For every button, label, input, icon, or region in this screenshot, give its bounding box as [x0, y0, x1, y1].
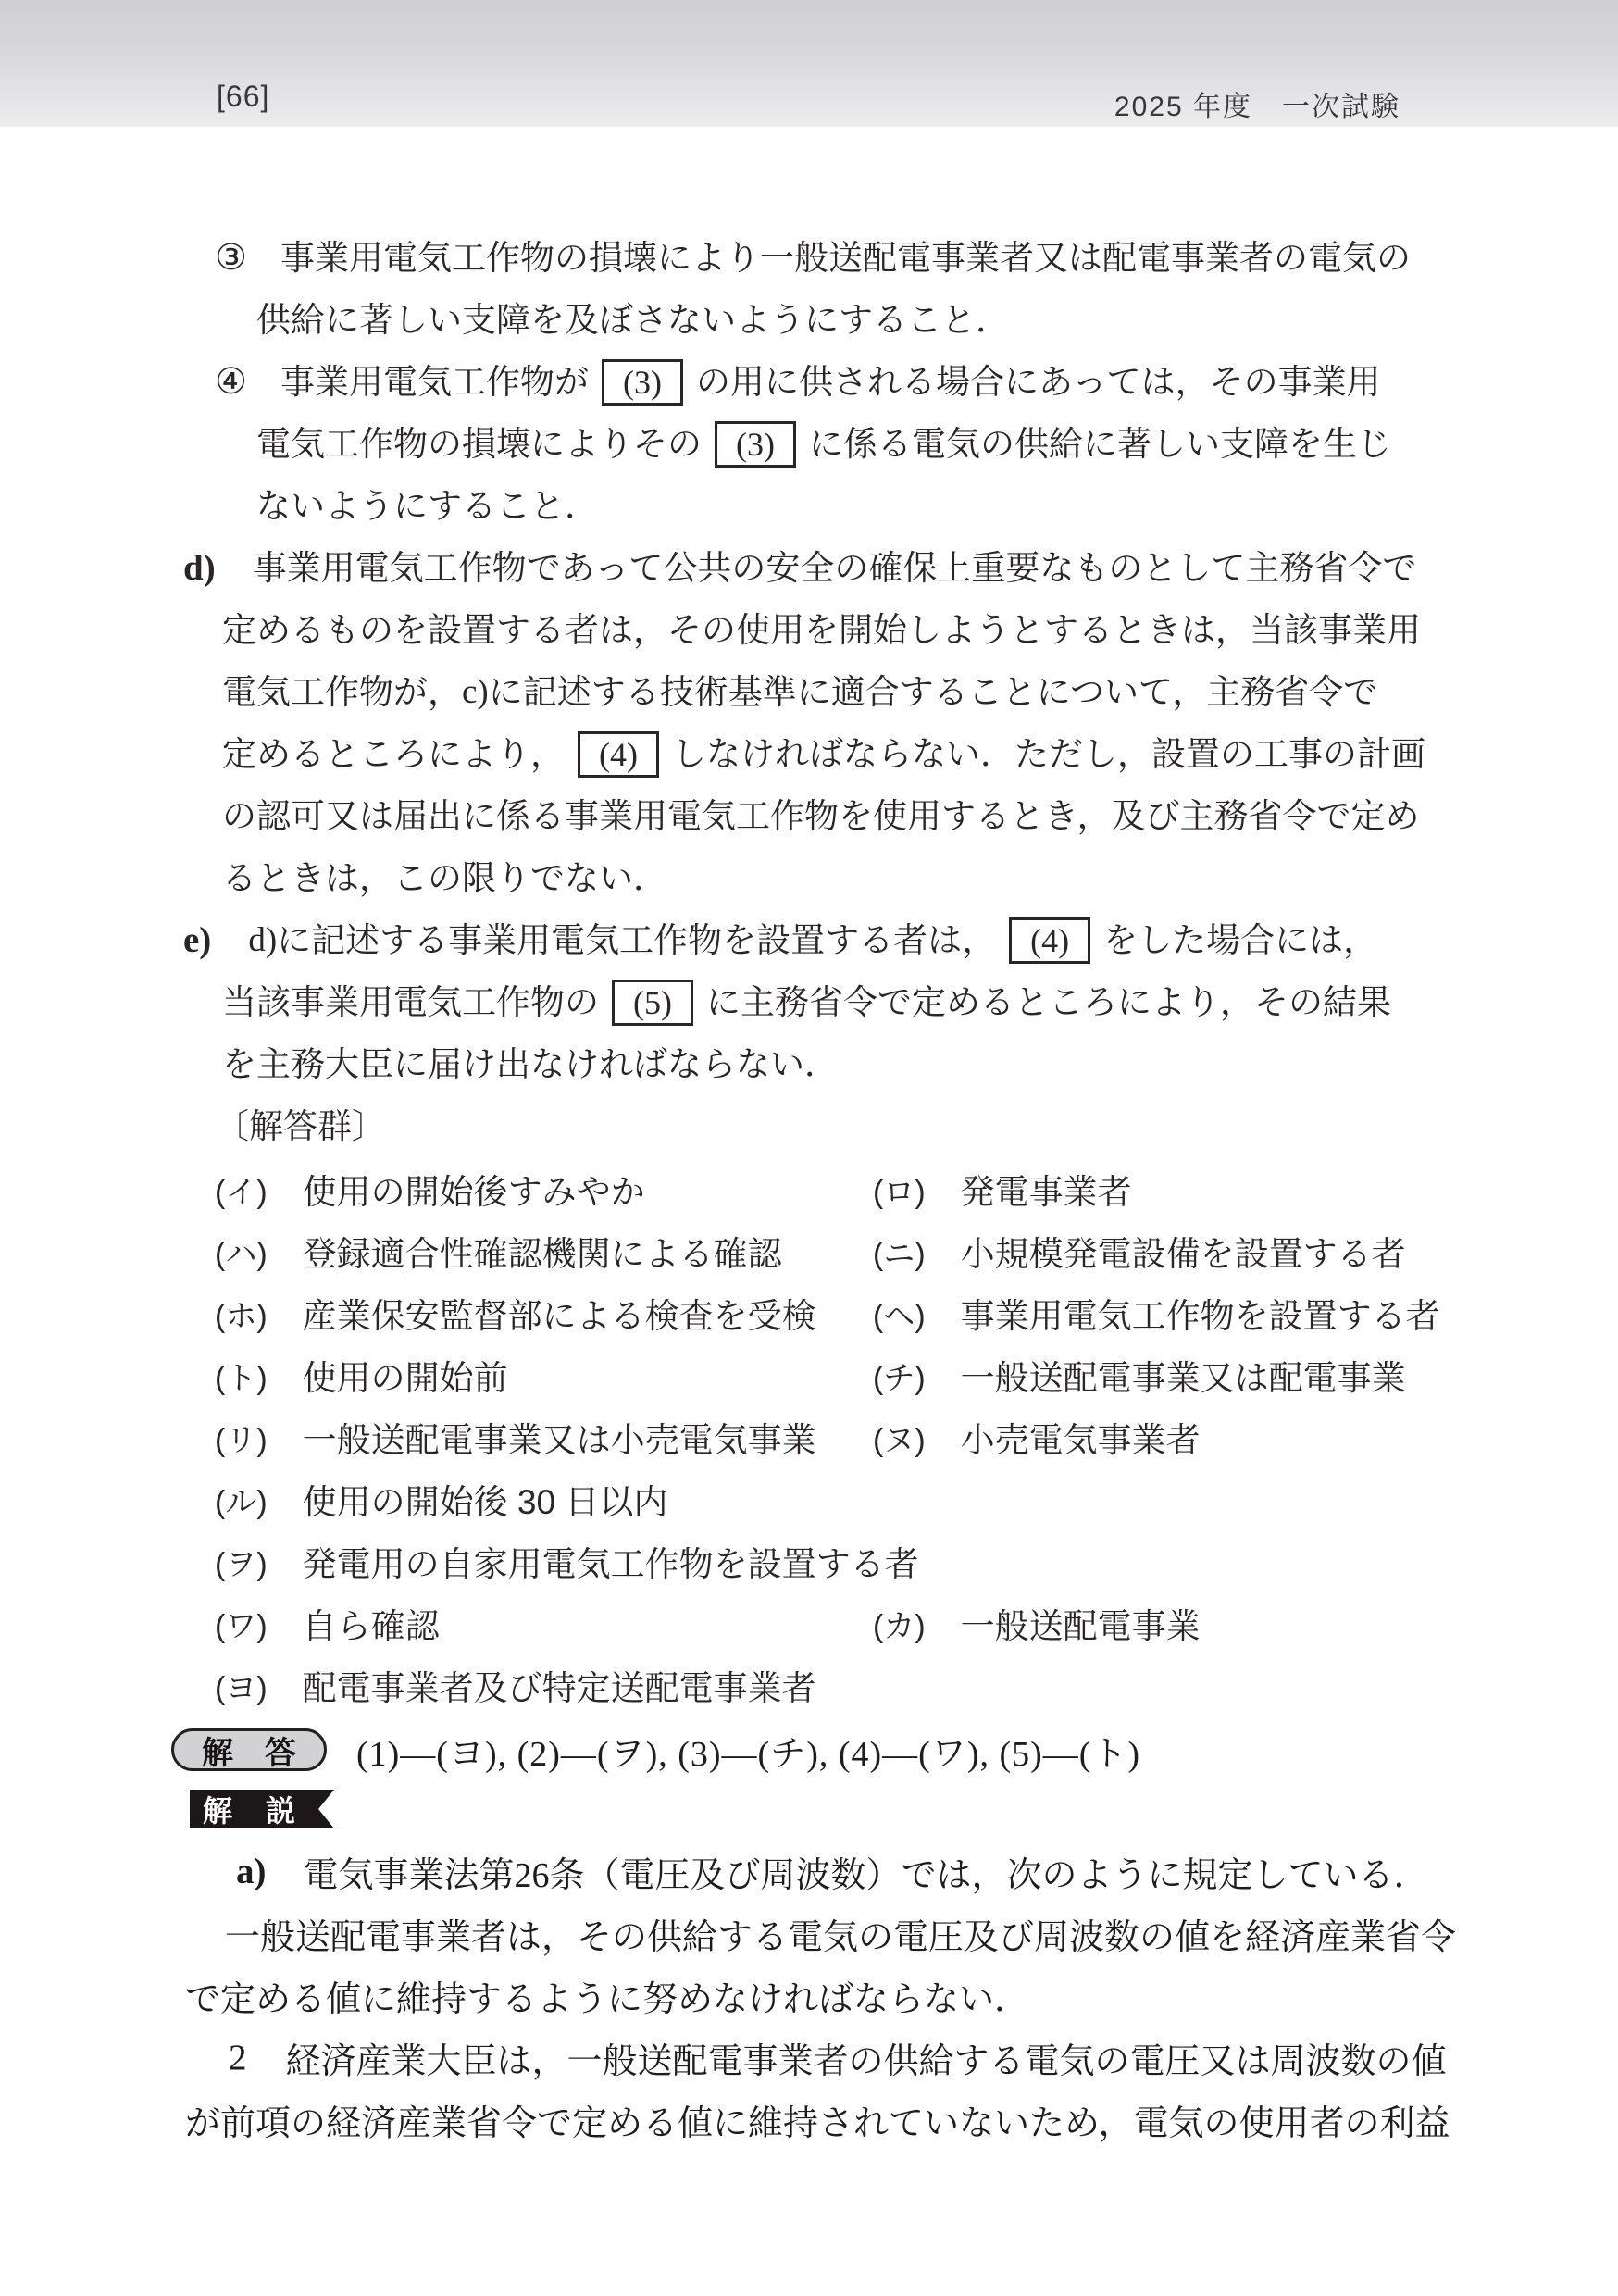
- d-line2: 定めるものを設置する者は，その使用を開始しようとするときは，当該事業用: [222, 607, 1421, 654]
- item3-line1: ③ 事業用電気工作物の損壊により一般送配電事業者又は配電事業者の電気の: [215, 235, 1411, 281]
- e-line2: 当該事業用電気工作物の (5) に主務省令で定めるところにより，その結果: [222, 980, 1391, 1026]
- d-label: d): [183, 545, 216, 592]
- d-text3-post: に記述する技術基準に適合することについて，主務省令で: [489, 669, 1378, 716]
- item4-marker: ④: [215, 359, 247, 406]
- answer-badge: 解 答: [171, 1728, 327, 1771]
- option-text: 登録適合性確認機関による確認: [303, 1226, 782, 1276]
- option-text: 使用の開始後 30 日以内: [303, 1474, 668, 1524]
- option-marker-i: (イ): [215, 1167, 268, 1212]
- page-number: [66]: [217, 80, 269, 114]
- e-text1-post: をした場合には，: [1103, 917, 1377, 964]
- explanation-badge: 解 説: [190, 1790, 334, 1828]
- e-label: e): [183, 917, 211, 964]
- e-text3: を主務大臣に届け出なければならない．: [222, 1042, 839, 1088]
- e-text2-pre: 当該事業用電気工作物の: [222, 980, 599, 1026]
- item3-marker: ③: [215, 235, 247, 281]
- d-line6: るときは，この限りでない．: [222, 855, 667, 902]
- page-header-band: [66] 2025 年度 一次試験: [0, 0, 1618, 127]
- a-label: a): [236, 1851, 267, 1892]
- blank-box-3: (3): [602, 359, 683, 406]
- option-marker-ro: (ロ): [873, 1167, 926, 1212]
- option-text: 自ら確認: [303, 1598, 440, 1648]
- answer-row: 解 答 (1)—(ヨ), (2)—(ヲ), (3)—(チ), (4)—(ワ), …: [171, 1726, 1140, 1774]
- explanation-p1-text1: 一般送配電事業者は，その供給する電気の電圧及び周波数の値を経済産業省令: [225, 1908, 1456, 1959]
- option-row: (ヲ)発電用の自家用電気工作物を設置する者: [215, 1538, 1455, 1584]
- option-marker-ho: (ホ): [215, 1291, 268, 1336]
- explanation-a-line: a) 電気事業法第26条（電圧及び周波数）では，次のように規定している．: [236, 1848, 1429, 1894]
- item3-text2: 供給に著しい支障を及ぼさないようにすること．: [256, 297, 1010, 343]
- d-line1: d) 事業用電気工作物であって公共の安全の確保上重要なものとして主務省令で: [183, 545, 1416, 592]
- explanation-p2-text1: 経済産業大臣は，一般送配電事業者の供給する電気の電圧又は周波数の値: [286, 2032, 1447, 2083]
- item3-line2: 供給に著しい支障を及ぼさないようにすること．: [256, 297, 1010, 343]
- option-row: (ハ)登録適合性確認機関による確認 (ニ)小規模発電設備を設置する者: [215, 1228, 1455, 1274]
- d-text6: るときは，この限りでない．: [222, 855, 667, 902]
- option-text: 一般送配電事業又は小売電気事業: [303, 1412, 816, 1462]
- option-marker-ru: (ル): [215, 1477, 268, 1522]
- d-text4-post: しなければならない．ただし，設置の工事の計画: [672, 731, 1425, 778]
- option-marker-wa: (ワ): [215, 1601, 268, 1646]
- explanation-p1-line1: 一般送配電事業者は，その供給する電気の電圧及び周波数の値を経済産業省令: [225, 1910, 1456, 1956]
- option-marker-nu: (ヌ): [873, 1415, 926, 1460]
- item4-line3: ないようにすること．: [256, 483, 599, 530]
- option-text: 小規模発電設備を設置する者: [961, 1226, 1406, 1276]
- option-row: (ワ)自ら確認 (カ)一般送配電事業: [215, 1600, 1455, 1646]
- option-text: 小売電気事業者: [961, 1412, 1201, 1462]
- d-text5: の認可又は届出に係る事業用電気工作物を使用するとき，及び主務省令で定め: [222, 793, 1420, 840]
- option-marker-ha: (ハ): [215, 1229, 268, 1274]
- option-text: 発電用の自家用電気工作物を設置する者: [303, 1536, 919, 1586]
- answer-values: (1)—(ヨ), (2)—(ヲ), (3)—(チ), (4)—(ワ), (5)—…: [356, 1725, 1140, 1776]
- blank-box-5: (5): [612, 980, 693, 1026]
- option-text: 産業保安監督部による検査を受検: [303, 1288, 816, 1338]
- option-row: (リ)一般送配電事業又は小売電気事業 (ヌ)小売電気事業者: [215, 1414, 1455, 1460]
- option-marker-yo: (ヨ): [215, 1663, 268, 1708]
- item4-text2-post: に係る電気の供給に著しい支障を生じ: [809, 421, 1391, 468]
- blank-box-4: (4): [578, 731, 659, 778]
- option-marker-ri: (リ): [215, 1415, 268, 1460]
- option-marker-he: (ヘ): [873, 1291, 926, 1336]
- explanation-p2-line1: 2 経済産業大臣は，一般送配電事業者の供給する電気の電圧又は周波数の値: [229, 2034, 1447, 2080]
- option-text: 一般送配電事業又は配電事業: [961, 1350, 1406, 1400]
- option-text: 一般送配電事業: [961, 1598, 1201, 1648]
- item4-line1: ④ 事業用電気工作物が (3) の用に供される場合にあっては，その事業用: [215, 359, 1381, 406]
- explanation-p1-line2: で定める値に維持するように努めなければならない．: [185, 1972, 1029, 2018]
- option-marker-ni: (ニ): [873, 1229, 926, 1274]
- option-text: 使用の開始前: [303, 1350, 508, 1400]
- explanation-p2-line2: が前項の経済産業省令で定める値に維持されていないため，電気の使用者の利益: [185, 2096, 1450, 2142]
- option-row: (ホ)産業保安監督部による検査を受検 (ヘ)事業用電気工作物を設置する者: [215, 1290, 1455, 1336]
- option-marker-ka: (カ): [873, 1601, 926, 1646]
- d-text4-pre: 定めるところにより，: [222, 731, 565, 778]
- explanation-a-text: 電気事業法第26条（電圧及び周波数）では，次のように規定している．: [304, 1846, 1429, 1897]
- item4-line2: 電気工作物の損壊によりその (3) に係る電気の供給に著しい支障を生じ: [256, 421, 1391, 468]
- explanation-badge-text: 解 説: [203, 1788, 297, 1830]
- d-line4: 定めるところにより， (4) しなければならない．ただし，設置の工事の計画: [222, 731, 1425, 778]
- option-text: 事業用電気工作物を設置する者: [961, 1288, 1440, 1338]
- item4-text1-post: の用に供される場合にあっては，その事業用: [696, 359, 1381, 406]
- blank-box-4b: (4): [1009, 917, 1090, 964]
- d-text3-pre: 電気工作物が，: [222, 669, 462, 716]
- option-marker-wo: (ヲ): [215, 1539, 268, 1584]
- e-text1-pre: に記述する事業用電気工作物を設置する者は，: [277, 917, 996, 964]
- option-text: 発電事業者: [961, 1164, 1132, 1214]
- item4-text2-pre: 電気工作物の損壊によりその: [256, 421, 702, 468]
- d-line3: 電気工作物が， c) に記述する技術基準に適合することについて，主務省令で: [222, 669, 1377, 716]
- option-text: 使用の開始後すみやか: [303, 1164, 645, 1214]
- item4-text1-pre: 事業用電気工作物が: [280, 359, 589, 406]
- exam-book-page: [66] 2025 年度 一次試験 ③ 事業用電気工作物の損壊により一般送配電事…: [0, 0, 1618, 2296]
- answer-group-title-text: 〔解答群〕: [215, 1104, 386, 1150]
- d-text2: 定めるものを設置する者は，その使用を開始しようとするときは，当該事業用: [222, 607, 1421, 654]
- d-reference: d): [248, 917, 277, 964]
- option-marker-chi: (チ): [873, 1353, 926, 1398]
- item3-text1: 事業用電気工作物の損壊により一般送配電事業者又は配電事業者の電気の: [280, 235, 1411, 281]
- e-line3: を主務大臣に届け出なければならない．: [222, 1042, 839, 1088]
- option-row: (ト)使用の開始前 (チ)一般送配電事業又は配電事業: [215, 1352, 1455, 1398]
- item4-text3: ないようにすること．: [256, 483, 599, 530]
- option-row: (ヨ)配電事業者及び特定送配電事業者: [215, 1662, 1455, 1708]
- option-row: (イ)使用の開始後すみやか (ロ)発電事業者: [215, 1166, 1455, 1212]
- explanation-p2-text2: が前項の経済産業省令で定める値に維持されていないため，電気の使用者の利益: [185, 2094, 1450, 2145]
- option-row: (ル)使用の開始後 30 日以内: [215, 1476, 1455, 1522]
- exam-title: 2025 年度 一次試験: [1114, 83, 1400, 124]
- option-marker-to: (ト): [215, 1353, 268, 1398]
- c-reference: c): [462, 669, 489, 716]
- scalloped-edge: [0, 127, 1618, 151]
- d-text1: 事業用電気工作物であって公共の安全の確保上重要なものとして主務省令で: [253, 545, 1417, 592]
- blank-box-3b: (3): [715, 421, 796, 468]
- option-text: 配電事業者及び特定送配電事業者: [303, 1660, 816, 1710]
- d-line5: の認可又は届出に係る事業用電気工作物を使用するとき，及び主務省令で定め: [222, 793, 1420, 840]
- e-line1: e) d) に記述する事業用電気工作物を設置する者は， (4) をした場合には，: [183, 917, 1377, 964]
- answer-group-title: 〔解答群〕: [215, 1104, 386, 1150]
- explanation-p1-text2: で定める値に維持するように努めなければならない．: [185, 1970, 1029, 2021]
- e-text2-post: に主務省令で定めるところにより，その結果: [706, 980, 1391, 1026]
- clause-number: 2: [229, 2037, 247, 2078]
